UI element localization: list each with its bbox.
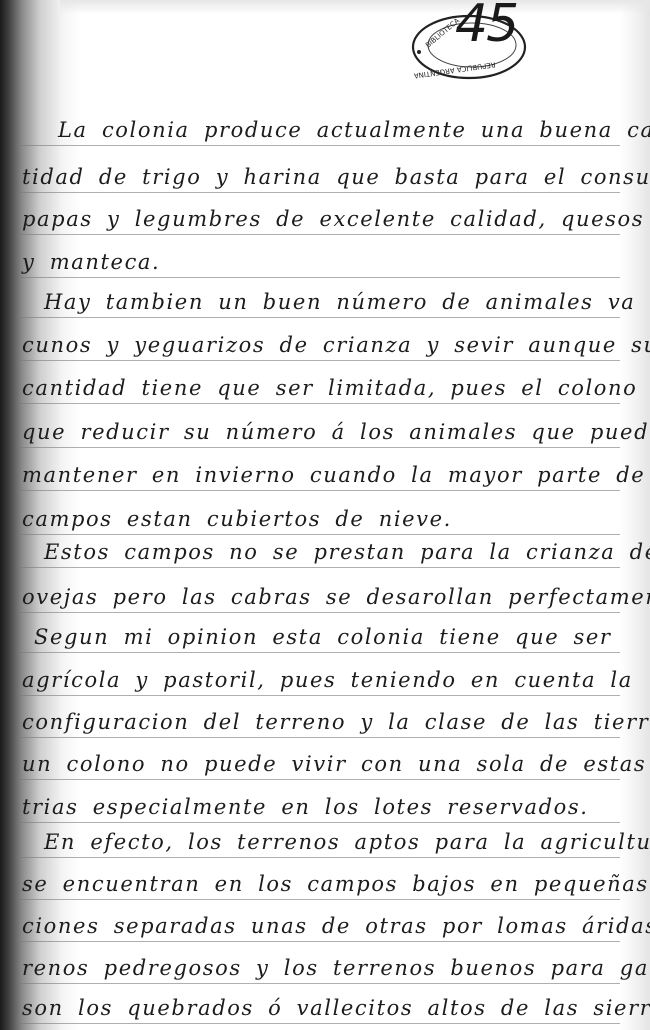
text-line: renos pedregosos y los terrenos buenos p… (22, 956, 650, 980)
ruled-line (20, 490, 620, 491)
ruled-line (20, 234, 620, 235)
text-line: agrícola y pastoril, pues teniendo en cu… (22, 668, 633, 692)
scanned-document-page: BIBLIOTECA REPUBLICA ARGENTINA 45 La col… (0, 0, 650, 1030)
text-line: Hay tambien un buen número de animales v… (44, 290, 635, 314)
text-line: un colono no puede vivir con una sola de… (22, 752, 650, 776)
text-line: que reducir su número á los animales que… (22, 420, 650, 444)
text-line: cantidad tiene que ser limitada, pues el… (22, 376, 650, 400)
text-line: configuracion del terreno y la clase de … (22, 710, 650, 734)
ruled-line (20, 899, 620, 900)
ruled-line (20, 941, 620, 942)
ruled-line (20, 822, 620, 823)
text-line: tidad de trigo y harina que basta para e… (22, 165, 650, 189)
ruled-line (20, 145, 620, 146)
ruled-line (20, 983, 620, 984)
ruled-line (20, 1023, 620, 1024)
text-line: cunos y yeguarizos de crianza y sevir au… (22, 333, 650, 357)
text-line: campos estan cubiertos de nieve. (22, 507, 452, 531)
text-line: ovejas pero las cabras se desarollan per… (22, 585, 650, 609)
text-line: se encuentran en los campos bajos en peq… (22, 872, 650, 896)
text-line: y manteca. (22, 250, 160, 274)
text-line: En efecto, los terrenos aptos para la ag… (44, 830, 650, 854)
text-line: trias especialmente en los lotes reserva… (22, 795, 589, 819)
text-line: Estos campos no se prestan para la crian… (44, 540, 650, 564)
ruled-line (20, 857, 620, 858)
text-line: Segun mi opinion esta colonia tiene que … (34, 625, 612, 649)
ruled-line (20, 403, 620, 404)
ruled-line (20, 447, 620, 448)
ruled-line (20, 277, 620, 278)
ruled-line (20, 737, 620, 738)
ruled-line (20, 652, 620, 653)
ruled-line (20, 317, 620, 318)
ruled-line (20, 360, 620, 361)
scan-edge-shadow (60, 0, 650, 14)
ruled-line (20, 192, 620, 193)
ruled-line (20, 695, 620, 696)
ruled-line (20, 534, 620, 535)
text-line: mantener en invierno cuando la mayor par… (22, 463, 650, 487)
page-number: 45 (455, 0, 517, 54)
text-line: La colonia produce actualmente una buena… (58, 118, 650, 142)
ruled-line (20, 779, 620, 780)
text-line: ciones separadas unas de otras por lomas… (22, 914, 650, 938)
ruled-line (20, 567, 620, 568)
ruled-line (20, 612, 620, 613)
text-line: papas y legumbres de excelente calidad, … (22, 207, 644, 231)
text-line: son los quebrados ó vallecitos altos de … (22, 996, 650, 1020)
